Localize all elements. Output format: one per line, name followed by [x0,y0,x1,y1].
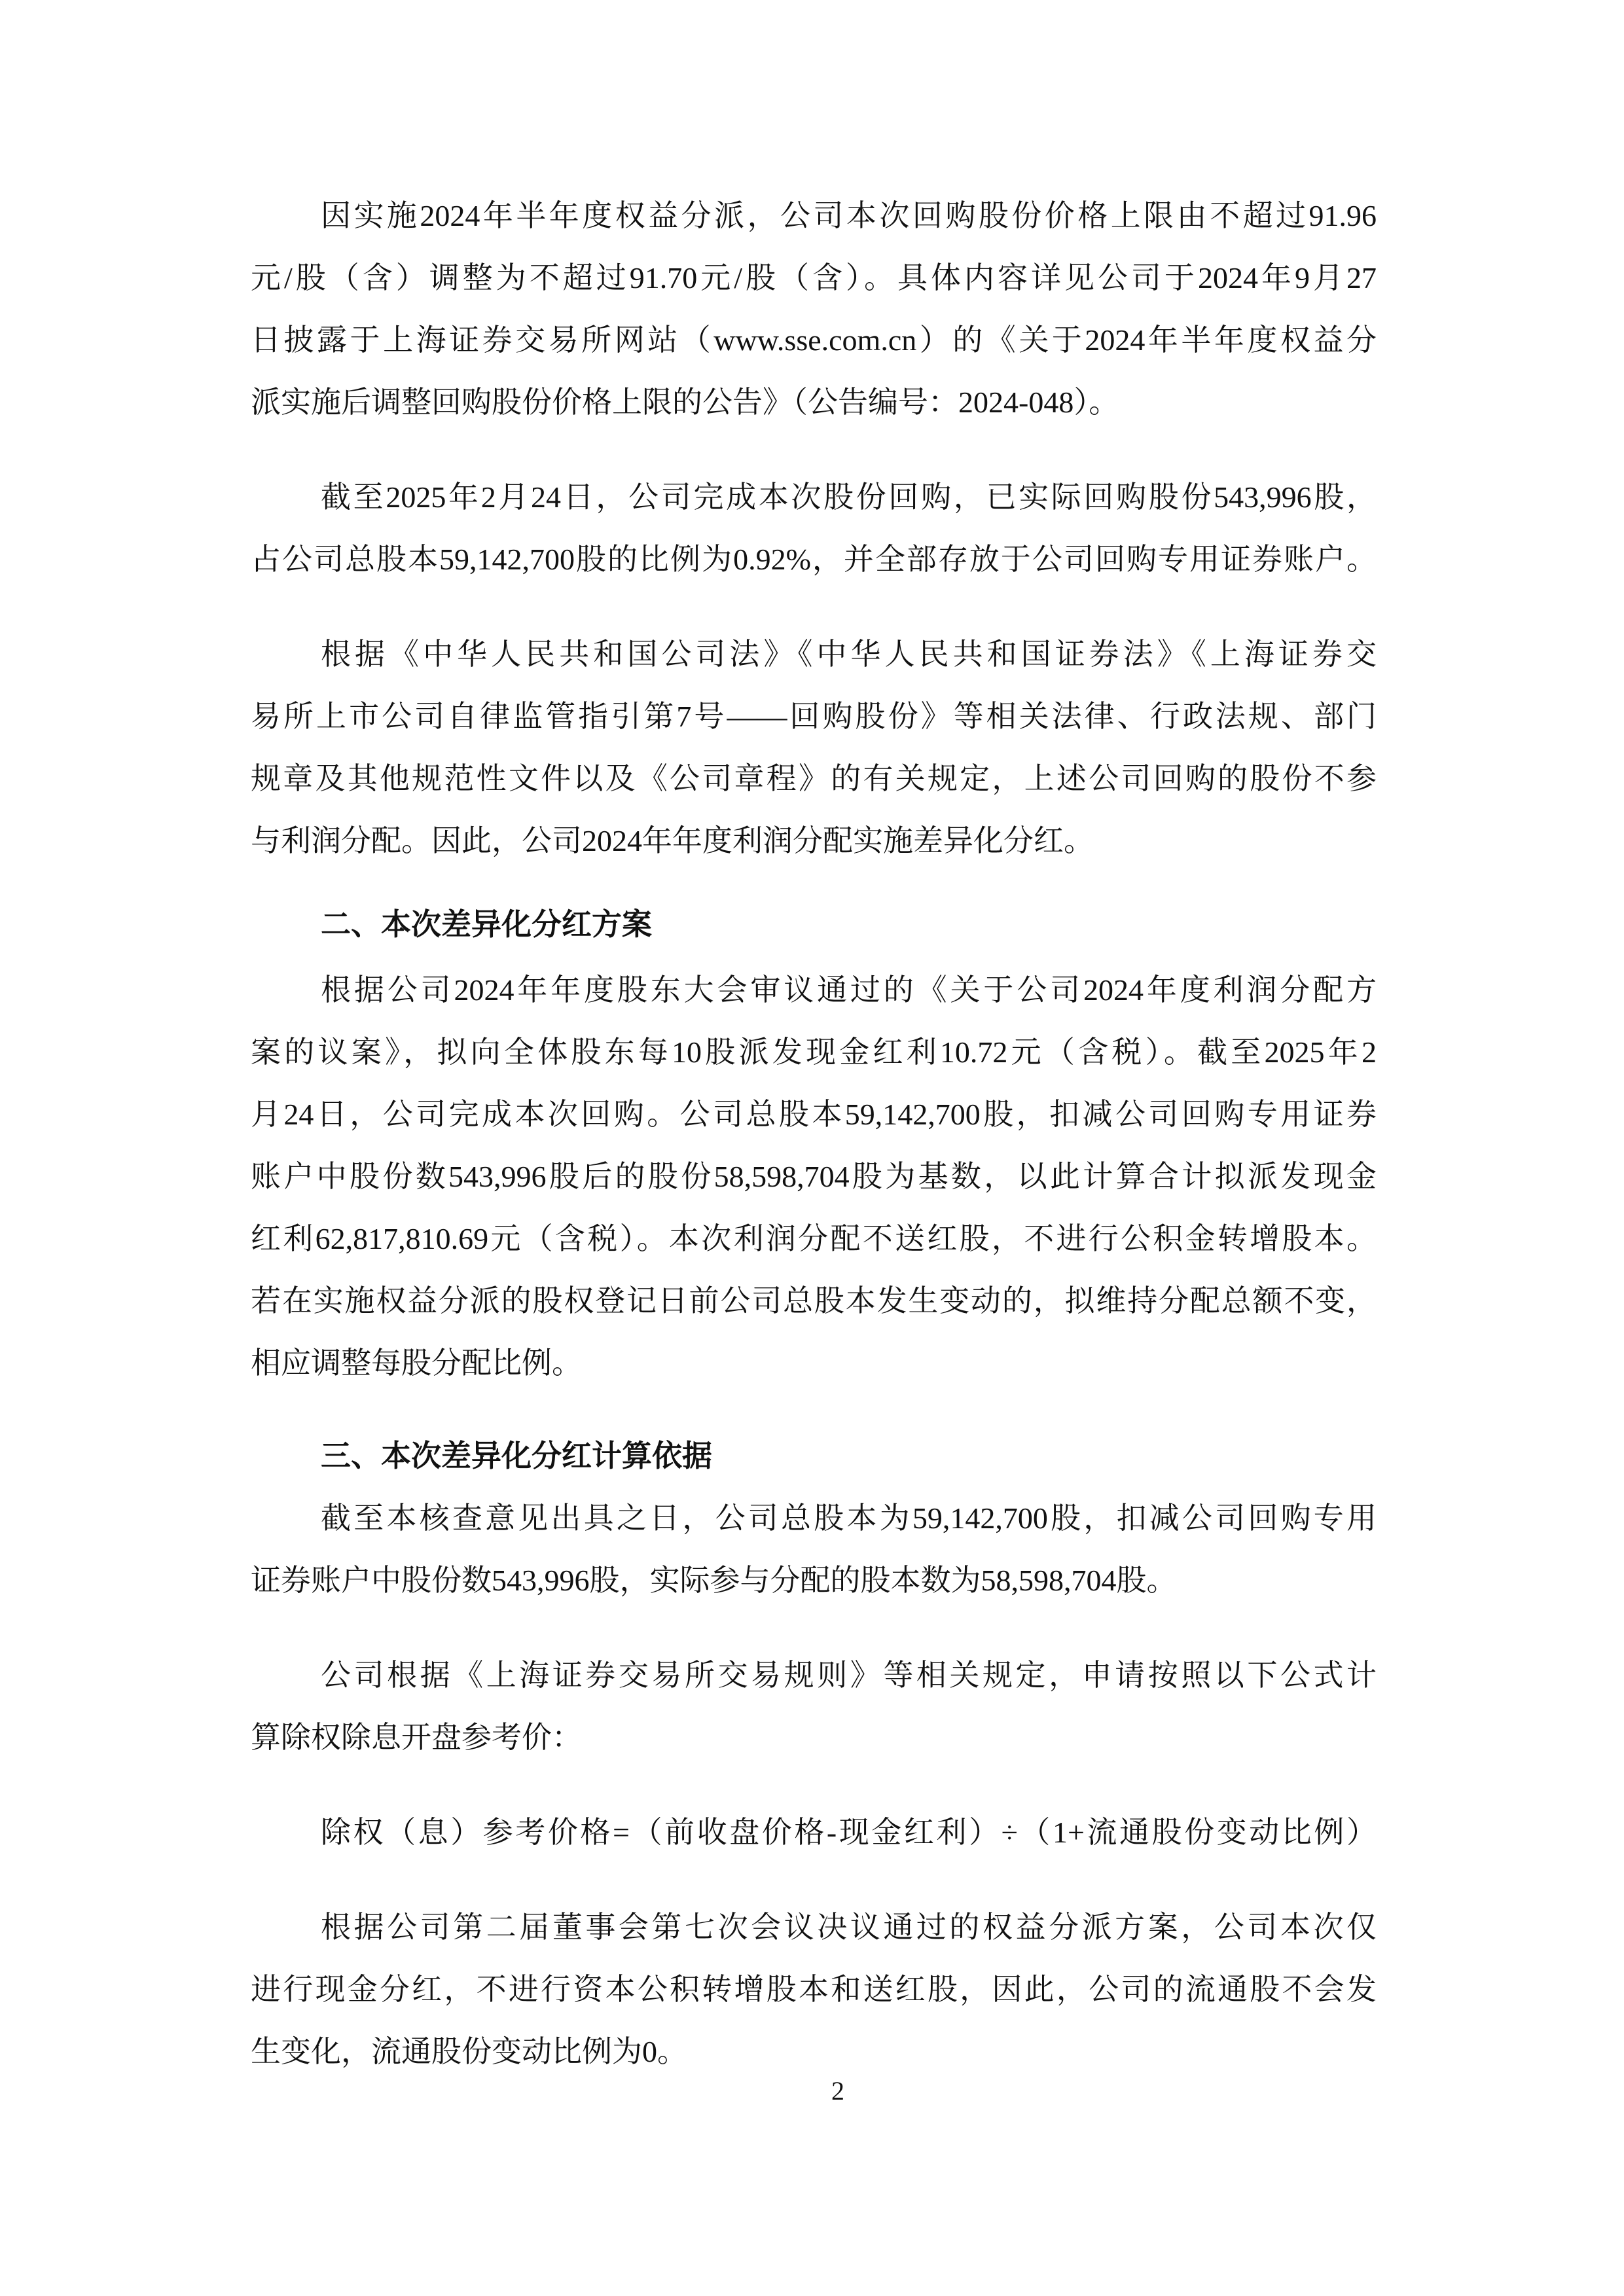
paragraph-3-line-4: 与利润分配。因此，公司2024年年度利润分配实施差异化分红。 [251,821,1377,861]
section-heading-2: 二、本次差异化分红方案 [321,905,652,944]
paragraph-5-line-2: 证券账户中股份数543,996股，实际参与分配的股本数为58,598,704股。 [251,1561,1377,1600]
paragraph-4-line-4: 账户中股份数543,996股后的股份58,598,704股为基数，以此计算合计拟… [251,1157,1377,1196]
paragraph-1-line-3: 日披露于上海证券交易所网站（www.sse.com.cn）的《关于2024年半年… [251,321,1377,360]
paragraph-3-line-2: 易所上市公司自律监管指引第7号——回购股份》等相关法律、行政法规、部门 [251,697,1377,736]
paragraph-4-line-7: 相应调整每股分配比例。 [251,1344,1377,1383]
page-number: 2 [812,2073,864,2109]
paragraph-2-line-1: 截至2025年2月24日，公司完成本次股份回购，已实际回购股份543,996股， [321,478,1377,517]
paragraph-1-line-4: 派实施后调整回购股份价格上限的公告》（公告编号：2024-048）。 [251,383,1377,422]
paragraph-4-line-3: 月24日，公司完成本次回购。公司总股本59,142,700股，扣减公司回购专用证… [251,1095,1377,1134]
paragraph-7-line-3: 生变化，流通股份变动比例为0。 [251,2032,1377,2072]
paragraph-3-line-3: 规章及其他规范性文件以及《公司章程》的有关规定，上述公司回购的股份不参 [251,759,1377,798]
paragraph-5-line-1: 截至本核查意见出具之日，公司总股本为59,142,700股，扣减公司回购专用 [321,1499,1377,1538]
paragraph-1-line-2: 元/股（含）调整为不超过91.70元/股（含）。具体内容详见公司于2024年9月… [251,259,1377,298]
paragraph-4-line-5: 红利62,817,810.69元（含税）。本次利润分配不送红股，不进行公积金转增… [251,1219,1377,1259]
section-heading-3: 三、本次差异化分红计算依据 [321,1437,712,1476]
paragraph-1-line-1: 因实施2024年半年度权益分派，公司本次回购股份价格上限由不超过91.96 [321,196,1377,236]
paragraph-4-line-2: 案的议案》，拟向全体股东每10股派发现金红利10.72元（含税）。截至2025年… [251,1033,1377,1072]
paragraph-4-line-1: 根据公司2024年年度股东大会审议通过的《关于公司2024年度利润分配方 [321,971,1377,1010]
formula-line: 除权（息）参考价格=（前收盘价格-现金红利）÷（1+流通股份变动比例） [321,1813,1377,1852]
paragraph-7-line-2: 进行现金分红，不进行资本公积转增股本和送红股，因此，公司的流通股不会发 [251,1970,1377,2009]
paragraph-3-line-1: 根据《中华人民共和国公司法》《中华人民共和国证券法》《上海证券交 [321,635,1377,674]
paragraph-6-line-2: 算除权除息开盘参考价： [251,1718,1377,1757]
paragraph-2-line-2: 占公司总股本59,142,700股的比例为0.92%，并全部存放于公司回购专用证… [251,540,1377,579]
paragraph-7-line-1: 根据公司第二届董事会第七次会议决议通过的权益分派方案，公司本次仅 [321,1908,1377,1947]
paragraph-6-line-1: 公司根据《上海证券交易所交易规则》等相关规定，申请按照以下公式计 [321,1656,1377,1695]
document-page: 因实施2024年半年度权益分派，公司本次回购股份价格上限由不超过91.96 元/… [0,0,1624,2296]
paragraph-4-line-6: 若在实施权益分派的股权登记日前公司总股本发生变动的，拟维持分配总额不变， [251,1282,1377,1321]
